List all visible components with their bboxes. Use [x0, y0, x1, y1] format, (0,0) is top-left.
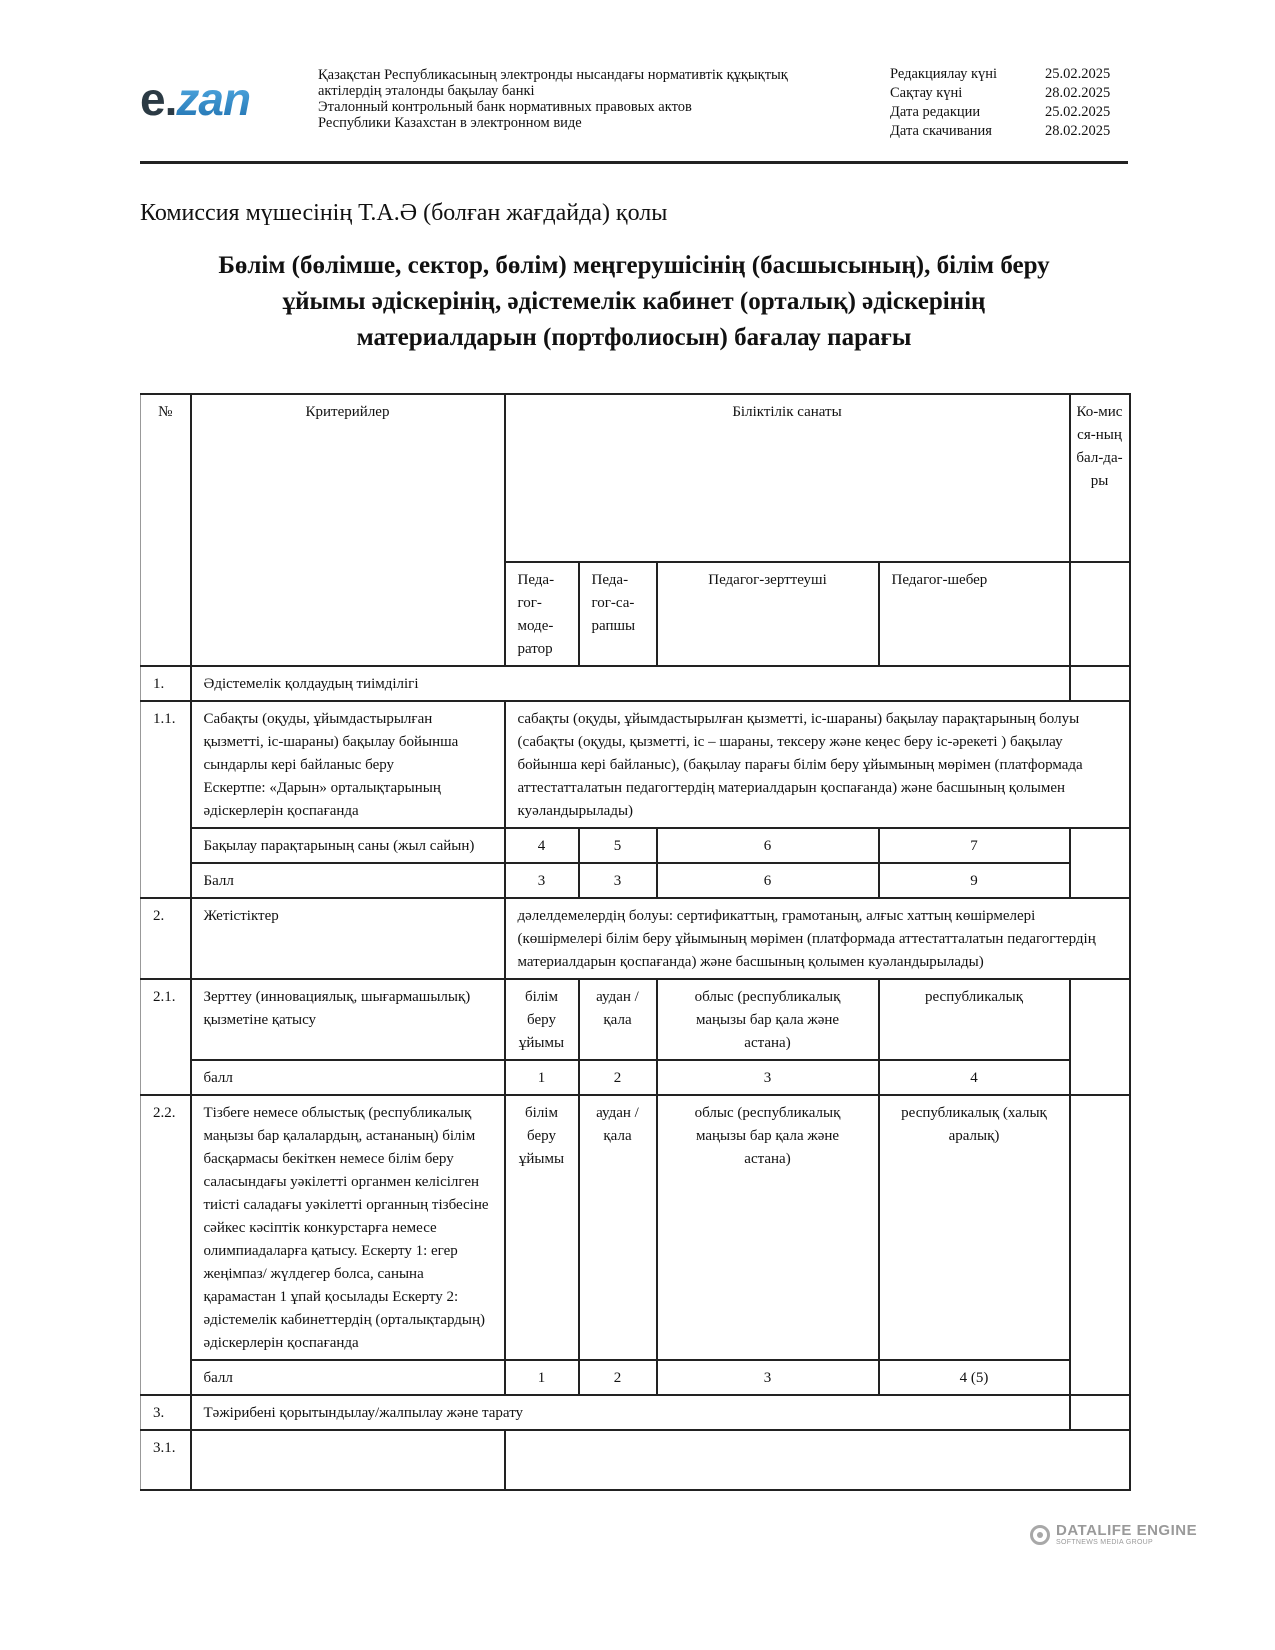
datalife-logo-icon	[1030, 1525, 1050, 1545]
row-num: 2.1.	[141, 979, 191, 1095]
date-label: Дата редакции	[890, 103, 1045, 122]
date-value: 25.02.2025	[1045, 103, 1125, 122]
value-cell: 4	[879, 1060, 1070, 1095]
value-cell: 5	[579, 828, 657, 863]
table-header-row: № Критерийлер Біліктілік санаты Ко-мис с…	[141, 394, 1130, 562]
value-cell: 4 (5)	[879, 1360, 1070, 1395]
section-title: Тәжірибені қорытындылау/жалпылау және та…	[191, 1395, 1070, 1430]
date-value: 28.02.2025	[1045, 84, 1125, 103]
date-row: Редакциялау күні25.02.2025	[890, 65, 1125, 84]
criteria-cell: Тізбеге немесе облыстық (республикалық м…	[191, 1095, 505, 1360]
bank-line: Қазақстан Республикасының электронды ныс…	[318, 67, 858, 83]
bank-line: Республики Казахстан в электронном виде	[318, 115, 858, 131]
value-cell: 3	[657, 1060, 879, 1095]
header-criteria: Критерийлер	[191, 394, 505, 666]
header-commission: Ко-мис ся-ның бал-да-ры	[1070, 394, 1130, 562]
level-cell: республикалық (халық аралық)	[879, 1095, 1070, 1360]
score-label: балл	[191, 1060, 505, 1095]
logo-part-e: e.	[140, 73, 176, 125]
row-num: 3.	[141, 1395, 191, 1430]
criteria-cell: Зерттеу (инновациялық, шығармашылық) қыз…	[191, 979, 505, 1060]
header-divider	[140, 161, 1128, 164]
criteria-cell	[191, 1430, 505, 1490]
bank-description: Қазақстан Республикасының электронды ныс…	[318, 67, 858, 131]
table-row: 2.2. Тізбеге немесе облыстық (республика…	[141, 1095, 1130, 1360]
value-cell: 4	[505, 828, 579, 863]
level-cell: білім беру ұйымы	[505, 1095, 579, 1360]
value-cell: 2	[579, 1060, 657, 1095]
date-label: Дата скачивания	[890, 122, 1045, 141]
document-header: e.zan Қазақстан Республикасының электрон…	[140, 60, 1128, 165]
header-level-master: Педагог-шебер	[879, 562, 1070, 666]
level-cell: облыс (республикалық маңызы бар қала жән…	[657, 1095, 879, 1360]
row-num: 2.2.	[141, 1095, 191, 1395]
value-cell: 1	[505, 1360, 579, 1395]
watermark-subtitle: SOFTNEWS MEDIA GROUP	[1056, 1538, 1197, 1547]
table-row: Балл 3 3 6 9	[141, 863, 1130, 898]
table-row: 2. Жетістіктер дәлелдемелердің болуы: се…	[141, 898, 1130, 979]
criteria-cell: Сабақты (оқуды, ұйымдастырылған қызметті…	[191, 701, 505, 828]
evidence-description: сабақты (оқуды, ұйымдастырылған қызметті…	[505, 701, 1130, 828]
header-level-researcher: Педагог-зерттеуші	[657, 562, 879, 666]
title-line: материалдарын (портфолиосын) бағалау пар…	[140, 320, 1128, 356]
score-cell	[1070, 979, 1130, 1095]
date-row: Сақтау күні28.02.2025	[890, 84, 1125, 103]
score-label: балл	[191, 1360, 505, 1395]
row-num: 2.	[141, 898, 191, 979]
table-row: Бақылау парақтарының саны (жыл сайын) 4 …	[141, 828, 1130, 863]
value-cell: 3	[657, 1360, 879, 1395]
ezan-logo: e.zan	[140, 74, 250, 124]
header-category: Біліктілік санаты	[505, 394, 1070, 562]
table-row: балл 1 2 3 4 (5)	[141, 1360, 1130, 1395]
level-cell: облыс (республикалық маңызы бар қала жән…	[657, 979, 879, 1060]
date-row: Дата скачивания28.02.2025	[890, 122, 1125, 141]
score-cell	[1070, 666, 1130, 701]
table-row: 1.1. Сабақты (оқуды, ұйымдастырылған қыз…	[141, 701, 1130, 828]
bank-line: актілердің эталонды бақылау банкі	[318, 83, 858, 99]
count-label: Бақылау парақтарының саны (жыл сайын)	[191, 828, 505, 863]
score-cell	[1070, 1395, 1130, 1430]
date-label: Сақтау күні	[890, 84, 1045, 103]
row-num: 1.1.	[141, 701, 191, 898]
signature-line: Комиссия мүшесінің Т.А.Ә (болған жағдайд…	[140, 200, 667, 227]
table-row: 1. Әдістемелік қолдаудың тиімділігі	[141, 666, 1130, 701]
datalife-watermark: DATALIFE ENGINE SOFTNEWS MEDIA GROUP	[1030, 1523, 1197, 1547]
header-level-moderator: Педа-гог-моде-ратор	[505, 562, 579, 666]
level-cell: аудан /қала	[579, 979, 657, 1060]
value-cell: 7	[879, 828, 1070, 863]
value-cell: 9	[879, 863, 1070, 898]
criteria-cell: Жетістіктер	[191, 898, 505, 979]
date-row: Дата редакции25.02.2025	[890, 103, 1125, 122]
watermark-title: DATALIFE ENGINE	[1056, 1523, 1197, 1538]
evaluation-table: № Критерийлер Біліктілік санаты Ко-мис с…	[140, 393, 1131, 1491]
date-value: 25.02.2025	[1045, 65, 1125, 84]
value-cell: 3	[505, 863, 579, 898]
row-num: 1.	[141, 666, 191, 701]
date-value: 28.02.2025	[1045, 122, 1125, 141]
score-cell	[1070, 828, 1130, 898]
title-line: Бөлім (бөлімше, сектор, бөлім) меңгеруші…	[140, 248, 1128, 284]
document-dates: Редакциялау күні25.02.2025 Сақтау күні28…	[890, 65, 1125, 141]
date-label: Редакциялау күні	[890, 65, 1045, 84]
document-title: Бөлім (бөлімше, сектор, бөлім) меңгеруші…	[140, 248, 1128, 356]
value-cell: 2	[579, 1360, 657, 1395]
table-row: балл 1 2 3 4	[141, 1060, 1130, 1095]
value-cell: 1	[505, 1060, 579, 1095]
score-cell	[1070, 1095, 1130, 1395]
level-cell: білім беру ұйымы	[505, 979, 579, 1060]
value-cell: 3	[579, 863, 657, 898]
title-line: ұйымы әдіскерінің, әдістемелік кабинет (…	[140, 284, 1128, 320]
value-cell: 6	[657, 828, 879, 863]
header-commission-empty	[1070, 562, 1130, 666]
level-cell: аудан /қала	[579, 1095, 657, 1360]
logo-part-zan: zan	[176, 73, 250, 125]
evidence-description	[505, 1430, 1130, 1490]
table-row: 3. Тәжірибені қорытындылау/жалпылау және…	[141, 1395, 1130, 1430]
criteria-text: Сабақты (оқуды, ұйымдастырылған қызметті…	[204, 708, 494, 777]
table-row: 2.1. Зерттеу (инновациялық, шығармашылық…	[141, 979, 1130, 1060]
row-num: 3.1.	[141, 1430, 191, 1490]
value-cell: 6	[657, 863, 879, 898]
evidence-description: дәлелдемелердің болуы: сертификаттың, гр…	[505, 898, 1130, 979]
criteria-note: Ескертпе: «Дарын» орталықтарының әдіскер…	[204, 777, 494, 823]
score-label: Балл	[191, 863, 505, 898]
section-title: Әдістемелік қолдаудың тиімділігі	[191, 666, 1070, 701]
header-num: №	[141, 394, 191, 666]
header-level-expert: Педа-гог-са-рапшы	[579, 562, 657, 666]
level-cell: республикалық	[879, 979, 1070, 1060]
bank-line: Эталонный контрольный банк нормативных п…	[318, 99, 858, 115]
table-row: 3.1.	[141, 1430, 1130, 1490]
